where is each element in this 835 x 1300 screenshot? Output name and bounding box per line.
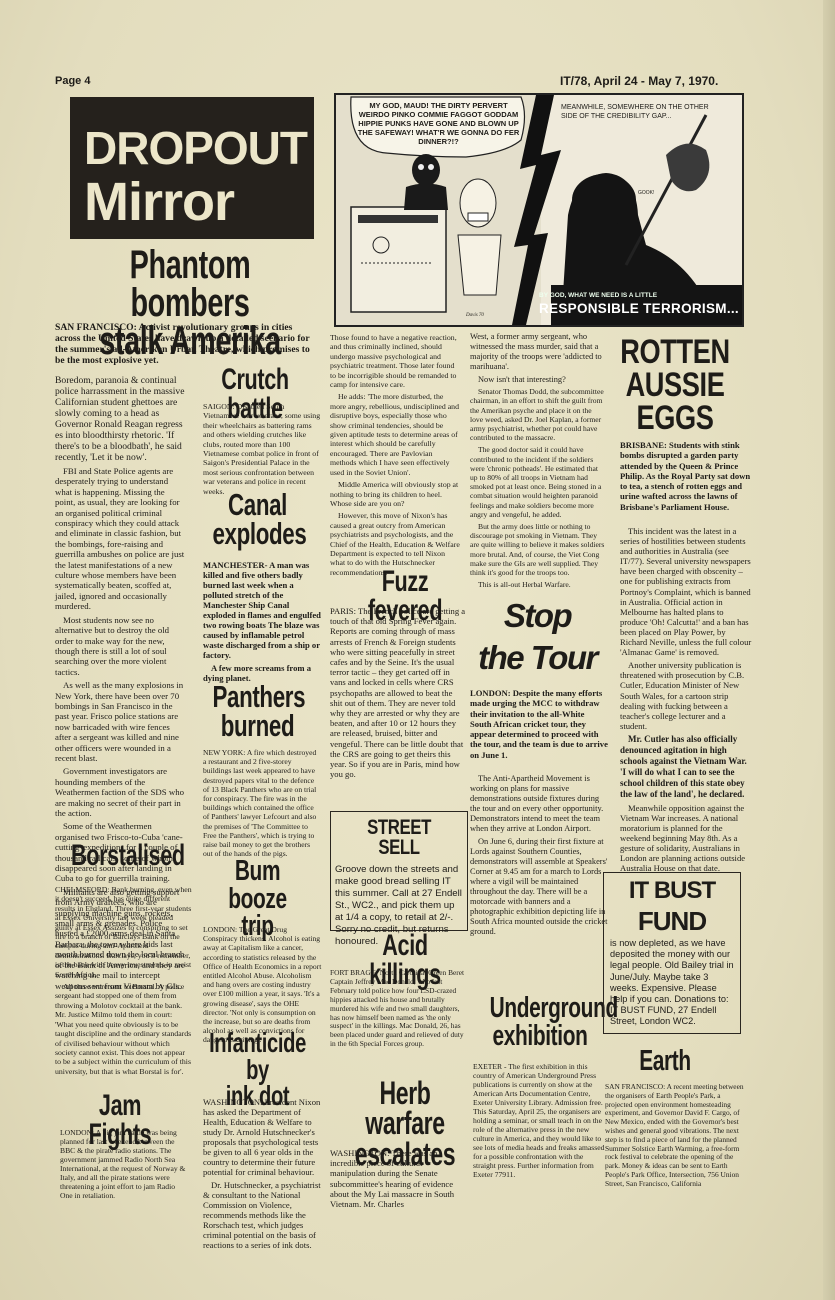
- newspaper-page: Page 4 IT/78, April 24 - May 7, 1970. DR…: [0, 0, 835, 1300]
- headline-underground: Underground exhibition: [470, 995, 610, 1050]
- street-sell-headline: STREET SELL: [345, 818, 454, 858]
- headline-canal: Canal explodes: [195, 490, 320, 549]
- bust-fund-headline: IT BUST FUND: [604, 876, 740, 936]
- article-earth-body: SAN FRANCISCO: A recent meeting between …: [605, 1083, 745, 1189]
- article-infanticide-continued: Those found to have a negative reaction,…: [330, 333, 460, 580]
- article-borstalised-body: CHELMSFORD: Bank burning, even when it d…: [55, 885, 192, 1079]
- cartoon-small-bubble: GOOK!: [638, 190, 654, 196]
- page-number: Page 4: [55, 75, 90, 87]
- headline-eggs: ROTTEN AUSSIE EGGS: [600, 336, 750, 435]
- cartoon-caption-small: BY GOD, WHAT WE NEED IS A LITTLE: [539, 292, 739, 299]
- cartoon-speech-bubble: MY GOD, MAUD! THE DIRTY PERVERT WEIRDO P…: [356, 101, 521, 146]
- article-acid-body: FORT BRAGG, North Carolina: Green Beret …: [330, 969, 470, 1049]
- headline-borstalised: Borstalised: [50, 842, 200, 871]
- masthead: DROPOUT Mirror: [70, 97, 314, 239]
- editorial-cartoon: MY GOD, MAUD! THE DIRTY PERVERT WEIRDO P…: [334, 93, 744, 327]
- article-crutch-body: SAIGON: Disabled South Vietnamese war ve…: [203, 402, 321, 496]
- article-underground-body: EXETER - The first exhibition in this co…: [473, 1062, 605, 1179]
- article-herb-body: WASHINGTON: There was an incredible piec…: [330, 1148, 468, 1209]
- headline-tour: Stop the Tour: [470, 598, 605, 676]
- article-eggs-body: This incident was the latest in a series…: [620, 526, 752, 877]
- article-fuzz-body: PARIS: The French police are getting a t…: [330, 606, 466, 779]
- issue-date: IT/78, April 24 - May 7, 1970.: [560, 74, 718, 88]
- cartoon-caption-big: RESPONSIBLE TERRORISM...: [539, 301, 739, 316]
- bust-fund-box: IT BUST FUND is now depleted, as we have…: [603, 872, 741, 1034]
- cartoon-signature: Davis 70: [466, 313, 484, 318]
- article-jam-body: LONDON: A big jam battle was being plann…: [60, 1128, 188, 1200]
- cartoon-caption-top: MEANWHILE, SOMEWHERE ON THE OTHER SIDE O…: [561, 103, 721, 121]
- article-herb-continued: West, a former army sergeant, who witnes…: [470, 332, 606, 592]
- headline-earth: Earth: [600, 1048, 730, 1076]
- article-eggs-lead: BRISBANE: Students with stink bombs disr…: [620, 440, 752, 512]
- article-tour-body: The Anti-Apartheid Movement is working o…: [470, 774, 608, 940]
- article-tour-lead: LONDON: Despite the many efforts made ur…: [470, 688, 608, 760]
- article-canal-body: MANCHESTER- A man was killed and five ot…: [203, 560, 321, 686]
- bust-fund-body: is now depleted, as we have deposited th…: [610, 938, 736, 1028]
- article-phantom-lead: SAN FRANCISCO: Activist revolutionary gr…: [55, 322, 313, 366]
- page-edge: [823, 0, 835, 1300]
- masthead-line-2: Mirror: [84, 175, 234, 229]
- headline-panthers: Panthers burned: [195, 682, 320, 741]
- article-panthers-body: NEW YORK: A fire which destroyed a resta…: [203, 748, 321, 858]
- article-infanticide-body: WASHINGTON: President Nixon has asked th…: [203, 1097, 323, 1253]
- masthead-line-1: DROPOUT: [84, 125, 307, 171]
- street-sell-box: STREET SELL Groove down the streets and …: [330, 811, 468, 931]
